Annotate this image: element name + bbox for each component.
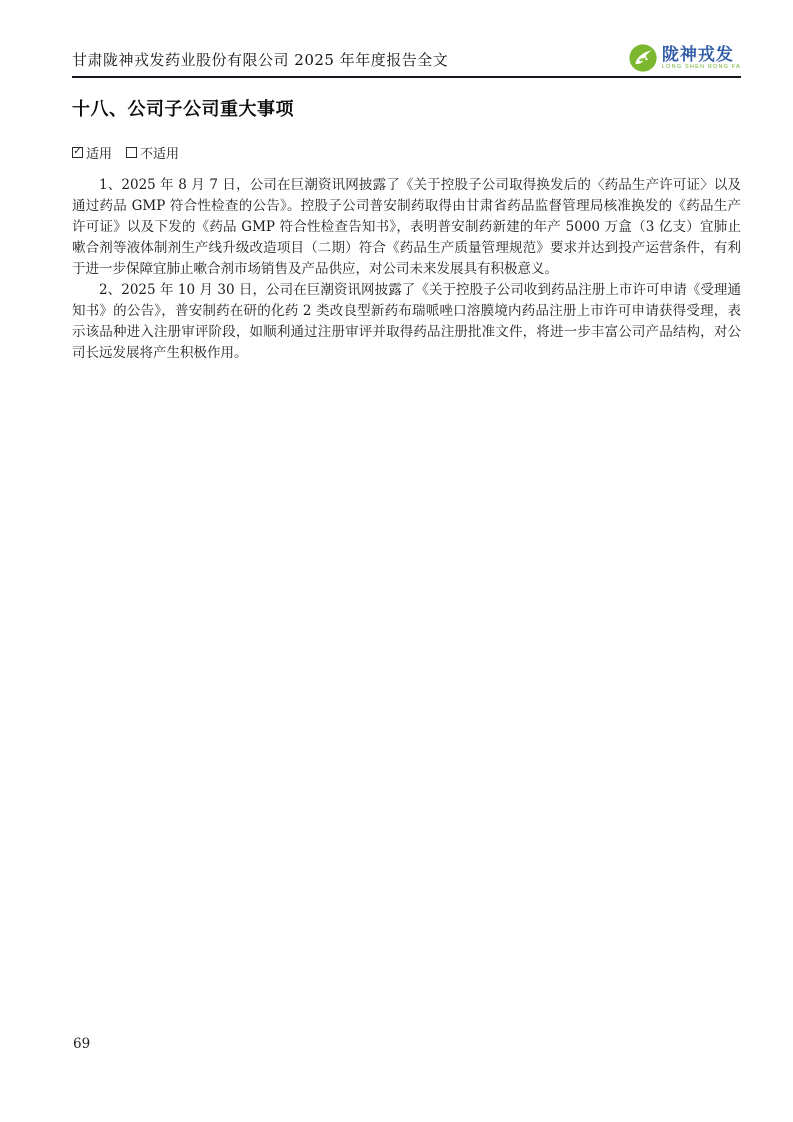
checkbox-unchecked-icon <box>126 147 137 158</box>
report-header-title: 甘肃陇神戎发药业股份有限公司 2025 年年度报告全文 <box>72 49 448 73</box>
checkbox-checked-icon: ✓ <box>72 147 83 158</box>
logo-wordmark: 陇神戎发 LONG SHEN RONG FA <box>662 46 741 71</box>
not-applicable-label: 不适用 <box>140 143 179 162</box>
logo-company-name-en: LONG SHEN RONG FA <box>662 65 741 71</box>
company-logo: 陇神戎发 LONG SHEN RONG FA <box>629 44 741 73</box>
section-title: 十八、公司子公司重大事项 <box>72 95 741 121</box>
applicable-label: 适用 <box>86 143 112 162</box>
applicable-option: ✓ 适用 <box>72 143 112 162</box>
logo-company-name-cn: 陇神戎发 <box>662 46 741 63</box>
report-page: 甘肃陇神戎发药业股份有限公司 2025 年年度报告全文 陇神戎发 LONG SH… <box>0 0 793 1122</box>
not-applicable-option: 不适用 <box>126 143 179 162</box>
page-content: 十八、公司子公司重大事项 ✓ 适用 不适用 1、2025 年 8 月 7 日，公… <box>72 95 741 364</box>
paragraph-announcement-1: 1、2025 年 8 月 7 日，公司在巨潮资讯网披露了《关于控股子公司取得换发… <box>72 175 741 280</box>
section-body: 1、2025 年 8 月 7 日，公司在巨潮资讯网披露了《关于控股子公司取得换发… <box>72 175 741 364</box>
page-header: 甘肃陇神戎发药业股份有限公司 2025 年年度报告全文 陇神戎发 LONG SH… <box>72 0 741 78</box>
check-mark-icon: ✓ <box>73 147 81 157</box>
paragraph-announcement-2: 2、2025 年 10 月 30 日，公司在巨潮资讯网披露了《关于控股子公司收到… <box>72 280 741 364</box>
applicability-row: ✓ 适用 不适用 <box>72 143 741 162</box>
logo-bird-icon <box>629 44 657 72</box>
page-number: 69 <box>73 1036 90 1052</box>
